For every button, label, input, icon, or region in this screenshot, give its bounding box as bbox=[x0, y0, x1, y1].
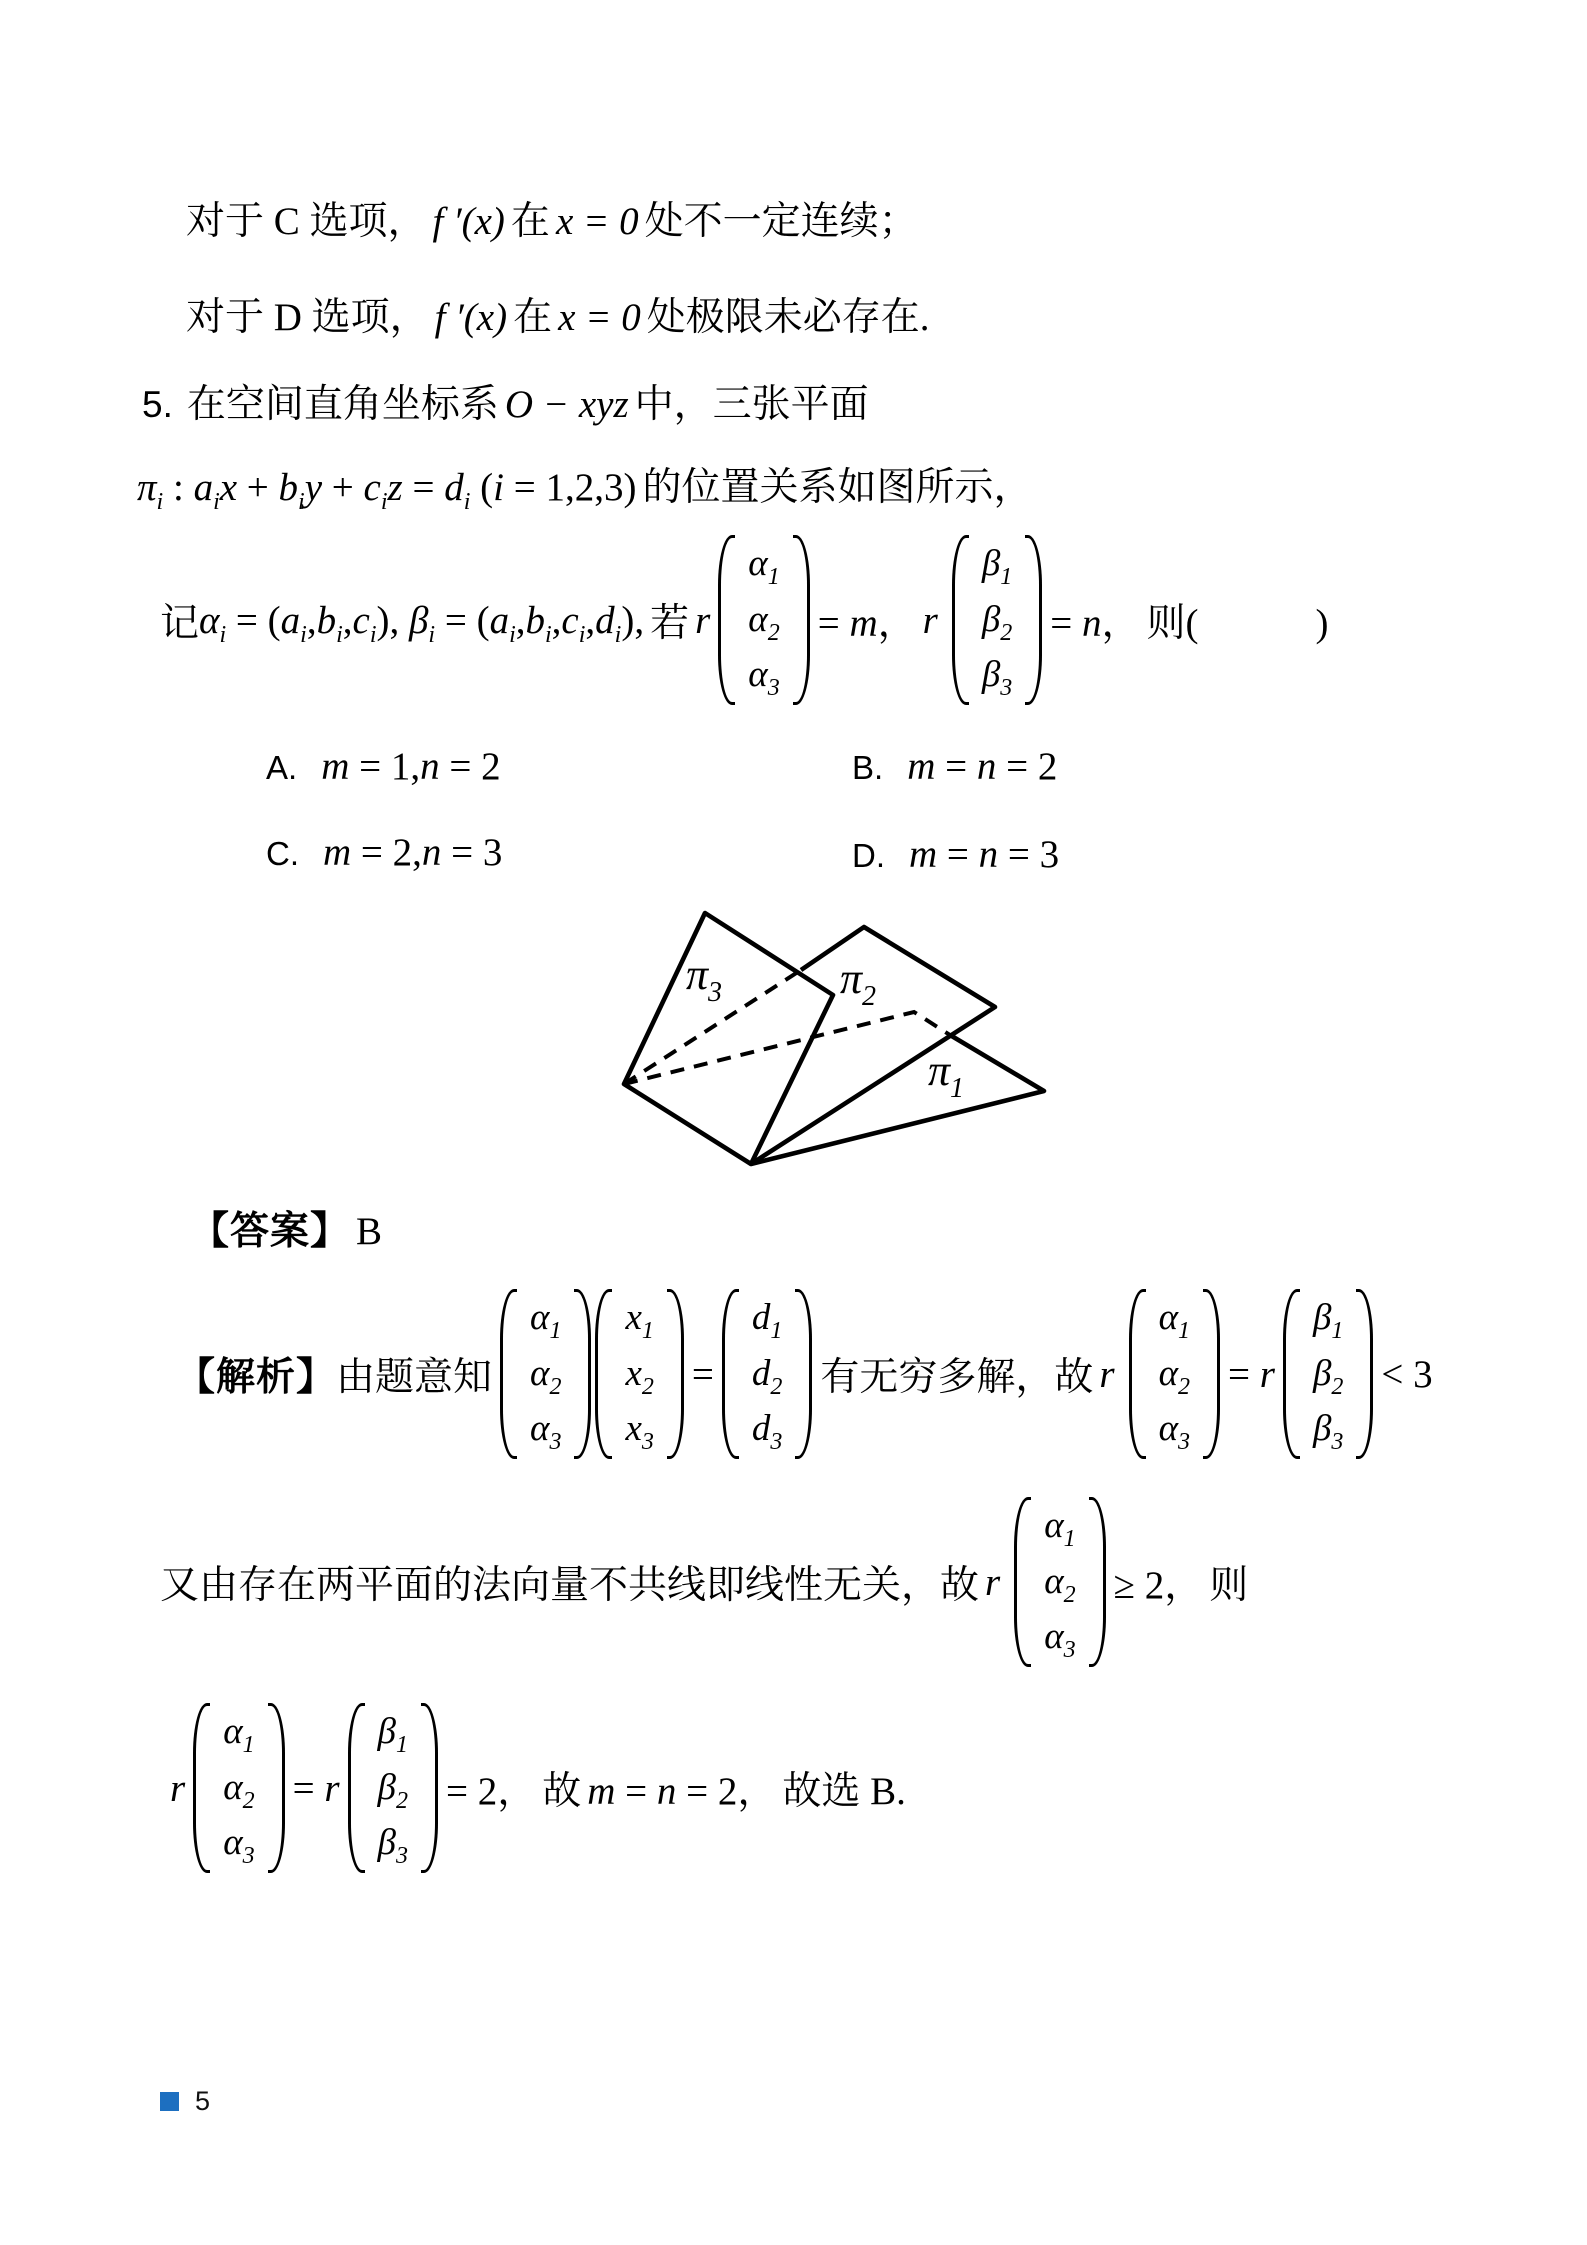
matrix-beta-vector: β1 β2 β3 bbox=[1283, 1289, 1373, 1460]
text-run: 处极限未必存在. bbox=[647, 286, 930, 342]
label-pi1: π1 bbox=[928, 1046, 964, 1104]
answer-line: 【答案】 B bbox=[190, 1200, 388, 1256]
hidden-edge-pi1 bbox=[624, 1012, 950, 1084]
left-paren bbox=[718, 535, 735, 706]
text-run: 对于 D 选项， bbox=[186, 286, 429, 342]
matrix-cell: α1 bbox=[1044, 1507, 1075, 1546]
note-option-d: 对于 D 选项， f ′(x) 在 x = 0 处极限未必存在. bbox=[186, 286, 930, 342]
matrix-cell: α1 bbox=[223, 1713, 254, 1752]
matrix-alpha-vector: α1 α2 α3 bbox=[718, 535, 809, 706]
matrix-cell: α2 bbox=[1159, 1355, 1190, 1394]
math-run: x = 0 bbox=[558, 295, 641, 340]
option-b: B. m = n = 2 bbox=[852, 744, 1057, 789]
plane-pi2-outline bbox=[751, 927, 995, 1164]
math-run: = n， bbox=[1050, 592, 1140, 648]
matrix-cell: d1 bbox=[752, 1299, 783, 1338]
analysis-line-1: 【解析】 由题意知 α1 α2 α3 x1 x2 x3 = d1 d2 d3 有… bbox=[176, 1278, 1433, 1470]
analysis-line-2: 又由存在两平面的法向量不共线即线性无关，故 r α1 α2 α3 ≥ 2， 则 bbox=[160, 1486, 1254, 1678]
matrix-cell: x1 bbox=[625, 1299, 653, 1338]
answer-label: 【答案】 bbox=[190, 1200, 350, 1256]
matrix-cell: α2 bbox=[530, 1355, 561, 1394]
matrix-cell: α3 bbox=[223, 1824, 254, 1863]
matrix-cell: β1 bbox=[378, 1713, 408, 1752]
math-run: m = n = 2， bbox=[587, 1760, 776, 1816]
text-run: 中，三张平面 bbox=[635, 373, 869, 429]
rank-symbol: r bbox=[170, 1766, 185, 1811]
matrix-cell: α3 bbox=[748, 656, 779, 695]
text-run: 则( ) bbox=[1147, 592, 1329, 648]
matrix-cell: α2 bbox=[1044, 1563, 1075, 1602]
matrix-x-vector: x1 x2 x3 bbox=[595, 1289, 683, 1460]
math-run: x = 0 bbox=[556, 199, 639, 244]
text-run: 又由存在两平面的法向量不共线即线性无关，故 bbox=[160, 1554, 979, 1610]
left-paren bbox=[1129, 1289, 1146, 1460]
text-run: 则 bbox=[1209, 1554, 1248, 1610]
question-5-rank-line: 记 αi = (ai,bi,ci), βi = (ai,bi,ci,di), 若… bbox=[160, 524, 1335, 716]
page-footer: 5 bbox=[160, 2086, 210, 2117]
matrix-beta-vector: β1 β2 β3 bbox=[348, 1703, 438, 1874]
rank-symbol: r bbox=[985, 1560, 1000, 1605]
matrix-cell: α3 bbox=[1044, 1618, 1075, 1657]
right-paren bbox=[421, 1703, 438, 1874]
matrix-cell: β2 bbox=[378, 1769, 408, 1808]
matrix-cell: α2 bbox=[223, 1769, 254, 1808]
right-paren bbox=[1089, 1497, 1106, 1668]
option-math: m = n = 3 bbox=[909, 832, 1059, 877]
matrix-cell: β1 bbox=[982, 545, 1012, 584]
text-run: 的位置关系如图所示， bbox=[642, 456, 1032, 512]
page-number: 5 bbox=[195, 2086, 210, 2117]
math-run: O − xyz bbox=[505, 382, 629, 427]
matrix-cell: d3 bbox=[752, 1410, 783, 1449]
matrix-cell: α2 bbox=[748, 601, 779, 640]
math-run: = 2， bbox=[446, 1760, 536, 1816]
option-label: C. bbox=[266, 835, 299, 873]
right-paren bbox=[667, 1289, 684, 1460]
right-paren bbox=[1356, 1289, 1373, 1460]
option-a: A. m = 1,n = 2 bbox=[266, 744, 501, 789]
text-run: 故 bbox=[542, 1760, 581, 1816]
math-run: = m， bbox=[818, 592, 917, 648]
left-paren bbox=[348, 1703, 365, 1874]
matrix-cell: x2 bbox=[625, 1355, 653, 1394]
question-5-equation: πi : aix + biy + ciz = di (i = 1,2,3) 的位… bbox=[137, 456, 1038, 512]
math-run: = r bbox=[1228, 1352, 1275, 1397]
matrix-alpha-vector: α1 α2 α3 bbox=[1129, 1289, 1220, 1460]
matrix-cell: β2 bbox=[982, 601, 1012, 640]
option-label: D. bbox=[852, 837, 885, 875]
matrix-alpha-vector: α1 α2 α3 bbox=[1014, 1497, 1105, 1668]
matrix-cell: α1 bbox=[1159, 1299, 1190, 1338]
option-d: D. m = n = 3 bbox=[852, 832, 1059, 877]
math-run: < 3 bbox=[1381, 1352, 1432, 1397]
matrix-alpha-vector: α1 α2 α3 bbox=[500, 1289, 591, 1460]
plane-pi3-outline bbox=[624, 913, 833, 1164]
answer-value: B bbox=[356, 1209, 382, 1254]
matrix-alpha-vector: α1 α2 α3 bbox=[193, 1703, 284, 1874]
math-run: = bbox=[692, 1352, 714, 1397]
math-run: αi = (ai,bi,ci), βi = (ai,bi,ci,di), bbox=[199, 598, 644, 643]
analysis-label: 【解析】 bbox=[176, 1346, 336, 1402]
left-paren bbox=[952, 535, 969, 706]
option-math: m = 1,n = 2 bbox=[321, 744, 500, 789]
matrix-cell: β3 bbox=[1313, 1410, 1343, 1449]
note-option-c: 对于 C 选项， f ′(x) 在 x = 0 处不一定连续； bbox=[186, 190, 918, 246]
right-paren bbox=[268, 1703, 285, 1874]
matrix-d-vector: d1 d2 d3 bbox=[722, 1289, 813, 1460]
math-run: f ′(x) bbox=[435, 295, 507, 340]
matrix-cell: α3 bbox=[1159, 1410, 1190, 1449]
matrix-cell: x3 bbox=[625, 1410, 653, 1449]
rank-symbol: r bbox=[923, 598, 938, 643]
option-label: A. bbox=[266, 749, 297, 787]
text-run: 在 bbox=[511, 190, 550, 246]
planes-diagram: π3 π2 π1 bbox=[598, 893, 1068, 1183]
text-run: 若 bbox=[650, 592, 689, 648]
left-paren bbox=[193, 1703, 210, 1874]
text-run: 对于 C 选项， bbox=[186, 190, 427, 246]
math-run: = r bbox=[293, 1766, 340, 1811]
right-paren bbox=[574, 1289, 591, 1460]
left-paren bbox=[595, 1289, 612, 1460]
text-run: 在 bbox=[513, 286, 552, 342]
text-run: 在空间直角坐标系 bbox=[187, 373, 499, 429]
left-paren bbox=[1283, 1289, 1300, 1460]
option-math: m = n = 2 bbox=[907, 744, 1057, 789]
text-run: 处不一定连续； bbox=[645, 190, 918, 246]
matrix-cell: β2 bbox=[1313, 1355, 1343, 1394]
text-run: 故选 B. bbox=[782, 1760, 906, 1816]
question-5-heading: 5. 在空间直角坐标系 O − xyz 中，三张平面 bbox=[142, 373, 869, 429]
footer-accent-square bbox=[160, 2092, 179, 2111]
text-run: 有无穷多解，故 bbox=[820, 1346, 1093, 1402]
plane-pi1-outline bbox=[751, 1035, 1044, 1164]
question-number: 5. bbox=[142, 384, 173, 426]
right-paren bbox=[1203, 1289, 1220, 1460]
right-paren bbox=[1025, 535, 1042, 706]
math-run: f ′(x) bbox=[433, 199, 505, 244]
text-run: 由题意知 bbox=[336, 1346, 492, 1402]
matrix-cell: α3 bbox=[530, 1410, 561, 1449]
right-paren bbox=[795, 1289, 812, 1460]
left-paren bbox=[722, 1289, 739, 1460]
option-math: m = 2,n = 3 bbox=[323, 830, 502, 875]
matrix-cell: α1 bbox=[748, 545, 779, 584]
math-run: πi : aix + biy + ciz = di (i = 1,2,3) bbox=[137, 465, 636, 510]
math-run: ≥ 2， bbox=[1114, 1554, 1204, 1610]
label-pi3: π3 bbox=[686, 950, 722, 1008]
rank-symbol: r bbox=[695, 598, 710, 643]
option-label: B. bbox=[852, 749, 883, 787]
rank-symbol: r bbox=[1099, 1352, 1114, 1397]
matrix-beta-vector: β1 β2 β3 bbox=[952, 535, 1042, 706]
left-paren bbox=[1014, 1497, 1031, 1668]
matrix-cell: β1 bbox=[1313, 1299, 1343, 1338]
label-pi2: π2 bbox=[840, 954, 876, 1012]
matrix-cell: β3 bbox=[378, 1824, 408, 1863]
left-paren bbox=[500, 1289, 517, 1460]
matrix-cell: d2 bbox=[752, 1355, 783, 1394]
matrix-cell: β3 bbox=[982, 656, 1012, 695]
right-paren bbox=[793, 535, 810, 706]
text-run: 记 bbox=[160, 592, 199, 648]
matrix-cell: α1 bbox=[530, 1299, 561, 1338]
analysis-line-3: r α1 α2 α3 = r β1 β2 β3 = 2， 故 m = n = 2… bbox=[170, 1692, 912, 1884]
option-c: C. m = 2,n = 3 bbox=[266, 830, 502, 875]
